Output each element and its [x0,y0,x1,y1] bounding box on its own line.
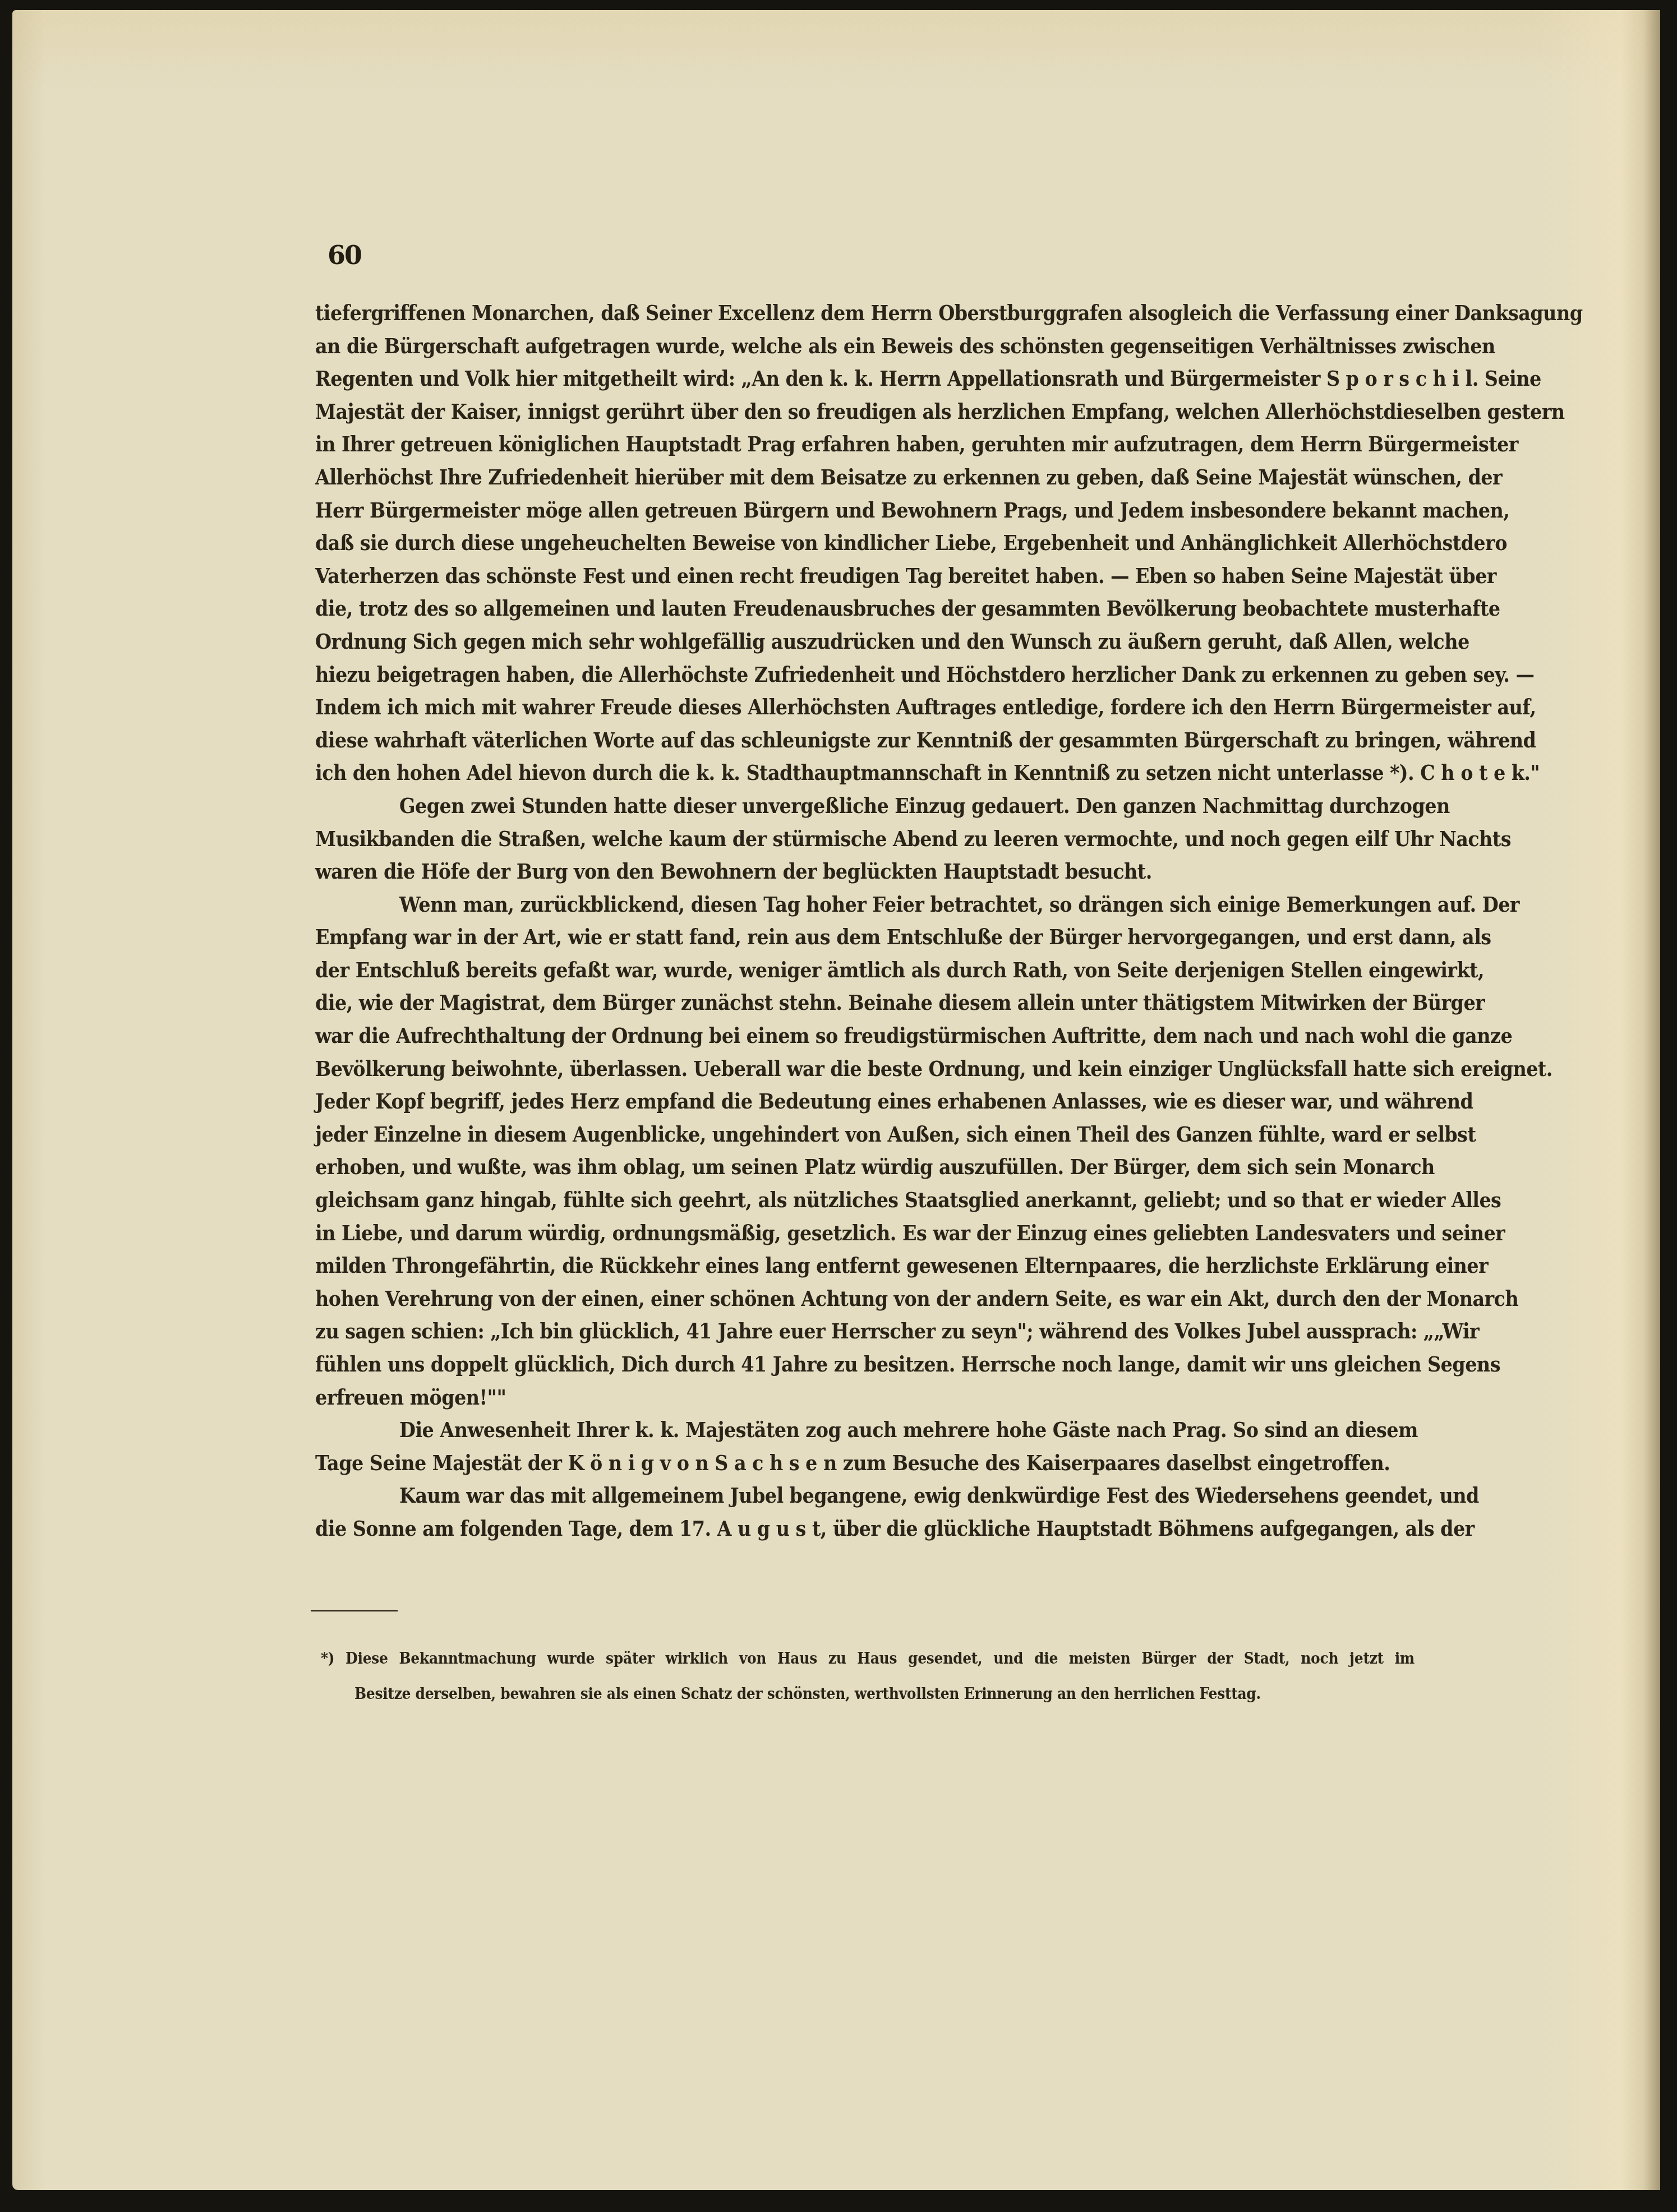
text-line: die Sonne am folgenden Tage, dem 17. A u… [315,1511,1415,1548]
footnote-divider [311,1610,398,1611]
text-line: Vaterherzen das schönste Fest und einen … [315,558,1415,595]
text-line: war die Aufrechthaltung der Ordnung bei … [315,1018,1415,1055]
text-line: der Entschluß bereits gefaßt war, wurde,… [315,952,1415,989]
text-line: in Liebe, und darum würdig, ordnungsmäßi… [315,1215,1415,1252]
paragraph-start: Gegen zwei Stunden hatte dieser unvergeß… [315,788,1415,825]
text-line: die, trotz des so allgemeinen und lauten… [315,591,1415,628]
text-line: Bevölkerung beiwohnte, überlassen. Ueber… [315,1051,1415,1088]
text-line: milden Throngefährtin, die Rückkehr eine… [315,1248,1415,1285]
text-line: daß sie durch diese ungeheuchelten Bewei… [315,525,1415,562]
text-line: zu sagen schien: „Ich bin glücklich, 41 … [315,1314,1415,1351]
text-line: erfreuen mögen!"" [315,1379,1415,1416]
paragraph-start: Wenn man, zurückblickend, diesen Tag hoh… [315,886,1415,923]
text-line: die, wie der Magistrat, dem Bürger zunäc… [315,985,1415,1022]
paragraph-start: Die Anwesenheit Ihrer k. k. Majestäten z… [315,1412,1415,1449]
text-line: fühlen uns doppelt glücklich, Dich durch… [315,1346,1415,1383]
text-line: Jeder Kopf begriff, jedes Herz empfand d… [315,1084,1415,1121]
text-line: jeder Einzelne in diesem Augenblicke, un… [315,1116,1415,1153]
text-line: Indem ich mich mit wahrer Freude dieses … [315,690,1415,727]
text-line: Tage Seine Majestät der K ö n i g v o n … [315,1445,1415,1482]
text-line: an die Bürgerschaft aufgetragen wurde, w… [315,328,1415,365]
text-line: ich den hohen Adel hievon durch die k. k… [315,755,1415,792]
text-line: waren die Höfe der Burg von den Bewohner… [315,854,1415,891]
text-line: gleichsam ganz hingab, fühlte sich geehr… [315,1183,1415,1220]
text-line: diese wahrhaft väterlichen Worte auf das… [315,722,1415,759]
text-line: Regenten und Volk hier mitgetheilt wird:… [315,361,1415,398]
text-line: tiefergriffenen Monarchen, daß Seiner Ex… [315,295,1415,332]
footnote-line: Besitze derselben, bewahren sie als eine… [321,1674,1415,1714]
book-page: 60 tiefergriffenen Monarchen, daß Seiner… [12,10,1660,2190]
text-line: Musikbanden die Straßen, welche kaum der… [315,821,1415,858]
text-line: hiezu beigetragen haben, die Allerhöchst… [315,657,1415,694]
footnote-line: *) Diese Bekanntmachung wurde später wir… [321,1638,1415,1678]
body-text: tiefergriffenen Monarchen, daß Seiner Ex… [315,297,1415,1546]
text-line: Empfang war in der Art, wie er statt fan… [315,920,1415,957]
text-line: Allerhöchst Ihre Zufriedenheit hierüber … [315,459,1415,496]
text-line: in Ihrer getreuen königlichen Hauptstadt… [315,427,1415,464]
text-line: Ordnung Sich gegen mich sehr wohlgefälli… [315,624,1415,661]
footnote: *) Diese Bekanntmachung wurde später wir… [321,1641,1415,1711]
text-line: Majestät der Kaiser, innigst gerührt übe… [315,394,1415,431]
page-number: 60 [328,240,361,270]
text-line: hohen Verehrung von der einen, einer sch… [315,1281,1415,1318]
text-line: erhoben, und wußte, was ihm oblag, um se… [315,1149,1415,1186]
text-line: Herr Bürgermeister möge allen getreuen B… [315,492,1415,529]
paragraph-start: Kaum war das mit allgemeinem Jubel began… [315,1478,1415,1515]
